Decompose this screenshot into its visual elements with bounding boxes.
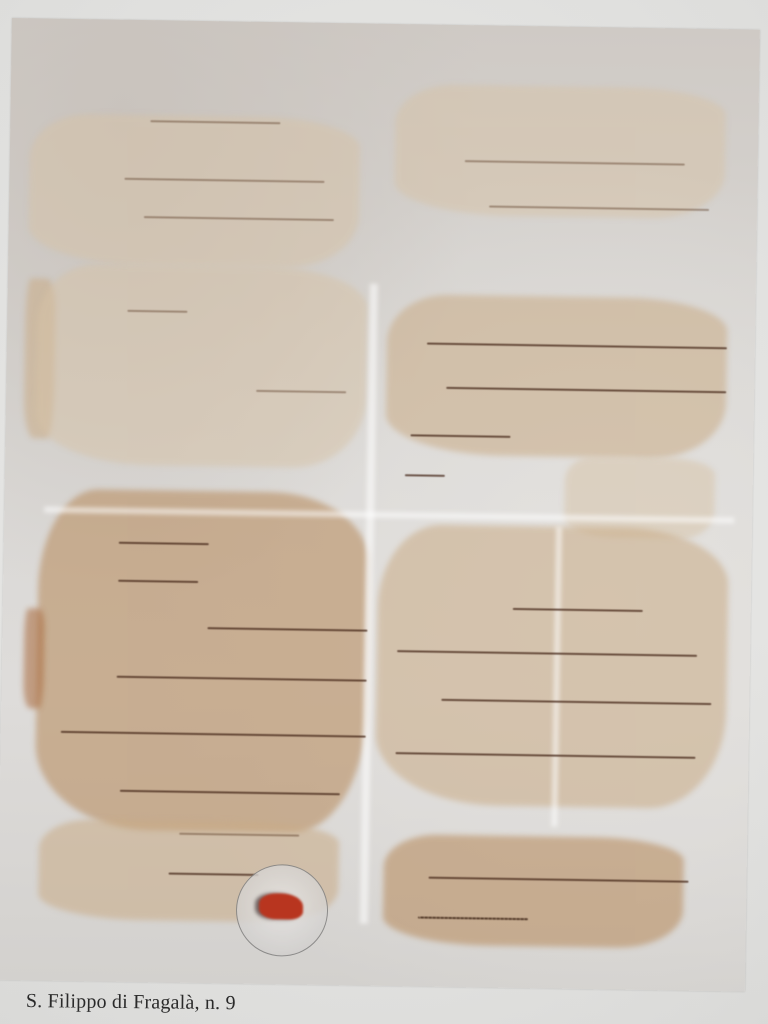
parchment-fragment — [34, 488, 369, 833]
parchment-fragment — [394, 84, 726, 219]
seal-wax-icon — [259, 893, 303, 920]
parchment-fragment — [28, 113, 360, 268]
figure-caption: S. Filippo di Fragalà, n. 9 — [26, 990, 236, 1015]
parchment-fragment — [383, 834, 685, 949]
manuscript-photo — [0, 18, 760, 992]
parchment-fragment — [23, 608, 45, 708]
script-line — [405, 474, 445, 477]
parchment-fragment — [35, 263, 368, 468]
wax-seal — [235, 864, 328, 957]
